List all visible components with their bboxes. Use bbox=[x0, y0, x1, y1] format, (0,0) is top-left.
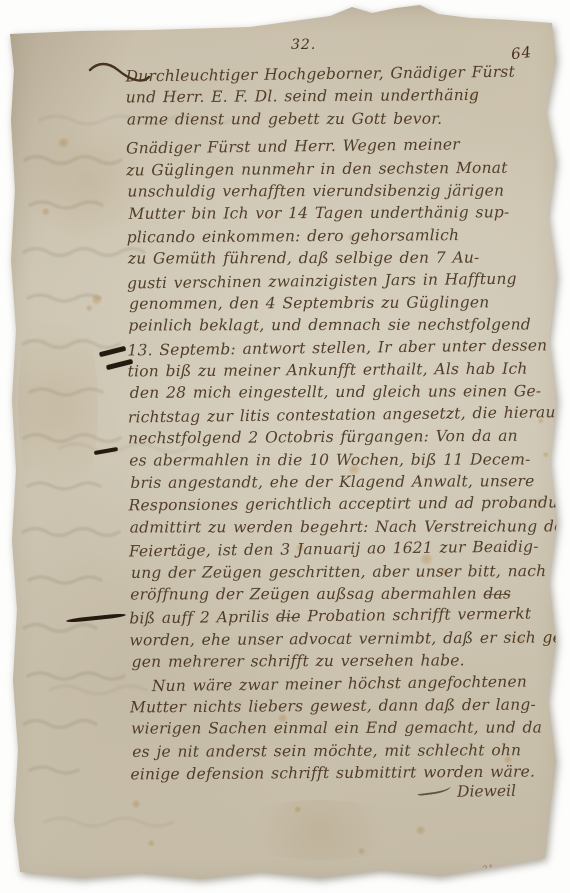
manuscript-line: genommen, den 4 Septembris zu Güglingen bbox=[129, 291, 531, 315]
manuscript-line: nechstfolgend 2 Octobris fürgangen: Von … bbox=[128, 425, 530, 450]
manuscript-line: Nun wäre zwar meiner höchst angefochtene… bbox=[130, 670, 532, 697]
manuscript-line: es je nit anderst sein möchte, mit schle… bbox=[132, 739, 534, 763]
manuscript-photo: 32. 64 Durchleuchtiger Hochgeborner, Gnä… bbox=[0, 0, 570, 893]
manuscript-line: gen mehrerer schrifft zu versehen habe. bbox=[132, 649, 534, 673]
paragraph: Gnädiger Fürst und Herr. Wegen meinerzu … bbox=[126, 134, 532, 674]
stain bbox=[86, 305, 93, 312]
manuscript-line: es abermahlen in die 10 Wochen, biß 11 D… bbox=[129, 448, 531, 471]
manuscript-line: bris angestandt, ehe der Klagend Anwalt,… bbox=[130, 470, 532, 494]
manuscript-line: Feiertäge, ist den 3 Januarij ao 1621 zu… bbox=[129, 536, 531, 563]
page-number-center: 32. bbox=[291, 37, 316, 53]
manuscript-line: tion biß zu meiner Ankunfft erthailt, Al… bbox=[128, 358, 530, 383]
manuscript-line: den 28 mich eingestellt, und gleich uns … bbox=[130, 381, 532, 405]
stain bbox=[92, 294, 102, 306]
manuscript-line: 13. Septemb: antwort stellen, Ir aber un… bbox=[127, 334, 529, 361]
margin-mark bbox=[66, 613, 126, 623]
margin-mark bbox=[94, 447, 118, 455]
stain bbox=[294, 806, 302, 813]
paragraph: Nun wäre zwar meiner höchst angefochtene… bbox=[130, 671, 533, 786]
manuscript-line: gusti verschinen zwainzigisten Jars in H… bbox=[127, 267, 529, 294]
stain bbox=[30, 110, 140, 250]
manuscript-page: 32. 64 Durchleuchtiger Hochgeborner, Gnä… bbox=[0, 0, 570, 893]
paper-shadow: 32. 64 Durchleuchtiger Hochgeborner, Gnä… bbox=[0, 0, 570, 893]
paragraph: Durchleuchtiger Hochgeborner, Gnädiger F… bbox=[125, 62, 527, 132]
manuscript-line: zu Gemüth führend, daß selbige den 7 Au- bbox=[128, 247, 530, 270]
manuscript-line: arme dienst und gebett zu Gott bevor. bbox=[127, 107, 529, 130]
manuscript-line: Mutter nichts liebers gewest, dann daß d… bbox=[130, 694, 532, 719]
stain bbox=[18, 290, 98, 520]
manuscript-line: unschuldig verhafften vierundsibenzig jä… bbox=[127, 179, 529, 202]
stain bbox=[230, 800, 410, 860]
manuscript-line: und Herr. E. F. Dl. seind mein underthän… bbox=[126, 84, 528, 109]
corner-note: 31 bbox=[481, 863, 495, 876]
stain bbox=[58, 138, 70, 148]
text-block: Durchleuchtiger Hochgeborner, Gnädiger F… bbox=[125, 62, 532, 786]
stain bbox=[358, 848, 366, 855]
stain bbox=[543, 452, 549, 458]
manuscript-line: Responsiones gerichtlich acceptirt und a… bbox=[128, 492, 530, 517]
manuscript-line: peinlich beklagt, und demnach sie nechst… bbox=[128, 314, 530, 337]
stain bbox=[416, 826, 426, 835]
manuscript-line: admittirt zu werden begehrt: Nach Verstr… bbox=[130, 515, 532, 538]
manuscript-line: plicando einkommen: dero gehorsamlich bbox=[127, 223, 529, 248]
stain bbox=[42, 208, 50, 216]
margin-mark bbox=[99, 346, 126, 357]
manuscript-line: zu Güglingen nunmehr in den sechsten Mon… bbox=[126, 156, 528, 181]
manuscript-line: richtstag zur litis contestation angeset… bbox=[128, 401, 530, 428]
stain bbox=[148, 840, 155, 847]
manuscript-line: wierigen Sachen einmal ein End gemacht, … bbox=[131, 717, 533, 740]
manuscript-line: Mutter bin Ich vor 14 Tagen underthänig … bbox=[128, 201, 530, 225]
manuscript-line: ung der Zeügen geschritten, aber unser b… bbox=[131, 560, 533, 584]
manuscript-line: worden, ehe unser advocat vernimbt, daß … bbox=[129, 626, 531, 651]
